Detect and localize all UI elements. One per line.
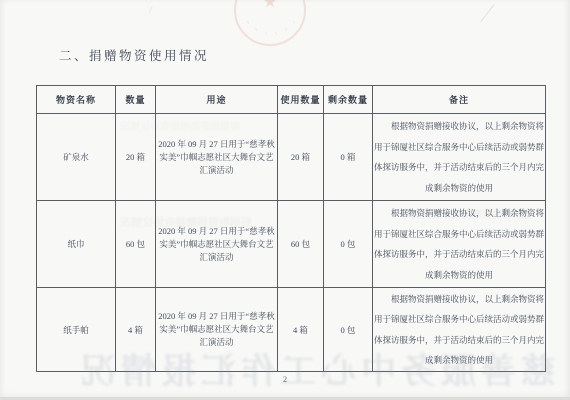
remarks-text: 根据物资捐赠接收协议，以上剩余物资将用于锦厦社区综合服务中心后续活动或弱势群体探… bbox=[374, 208, 544, 280]
header-material-name: 物资名称 bbox=[37, 86, 116, 114]
cell-remaining-quantity: 0 包 bbox=[324, 201, 373, 288]
cell-purpose: 2020 年 09 月 27 日用于“慈孝秋实美”巾帼志愿社区大舞台文艺汇演活动 bbox=[156, 114, 278, 201]
scan-streak bbox=[148, 6, 152, 14]
cell-remarks: 根据物资捐赠接收协议，以上剩余物资将用于锦厦社区综合服务中心后续活动或弱势群体探… bbox=[373, 201, 546, 288]
header-remaining-quantity: 剩余数量 bbox=[324, 86, 373, 114]
table-row: 矿泉水 20 箱 2020 年 09 月 27 日用于“慈孝秋实美”巾帼志愿社区… bbox=[37, 114, 546, 201]
header-remarks: 备注 bbox=[373, 86, 546, 114]
bleedthrough-heading: 慈善服务中心工作汇报情况 bbox=[78, 344, 556, 394]
cell-quantity: 60 包 bbox=[116, 201, 156, 288]
cell-purpose: 2020 年 09 月 27 日用于“慈孝秋实美”巾帼志愿社区大舞台文艺汇演活动 bbox=[156, 201, 278, 288]
materials-usage-table: 物资名称 数量 用途 使用数量 剩余数量 备注 矿泉水 20 箱 2020 年 … bbox=[36, 85, 546, 372]
cell-remarks: 根据物资捐赠接收协议，以上剩余物资将用于锦厦社区综合服务中心后续活动或弱势群体探… bbox=[373, 114, 546, 201]
seal-star-icon: ★ bbox=[263, 0, 277, 11]
seal-text-mark: 丶 bbox=[272, 31, 279, 38]
seal-text-mark: 丶 bbox=[290, 20, 297, 27]
seal-text-mark: 丶 bbox=[282, 27, 289, 34]
remarks-text: 根据物资捐赠接收协议，以上剩余物资将用于锦厦社区综合服务中心后续活动或弱势群体探… bbox=[374, 121, 544, 193]
table-header-row: 物资名称 数量 用途 使用数量 剩余数量 备注 bbox=[37, 86, 546, 114]
header-purpose: 用途 bbox=[156, 86, 278, 114]
section-title: 二、捐赠物资使用情况 bbox=[59, 46, 209, 64]
cell-material-name: 矿泉水 bbox=[37, 114, 116, 201]
scanned-document-page: ★ 丶 丶 丶 丶 丶 丶 二、捐赠物资使用情况 根据物资捐赠接收协议情况 根据… bbox=[0, 0, 570, 400]
seal-text-mark: 丶 bbox=[262, 31, 269, 38]
cell-remaining-quantity: 0 箱 bbox=[324, 114, 373, 201]
table-row: 纸巾 60 包 2020 年 09 月 27 日用于“慈孝秋实美”巾帼志愿社区大… bbox=[37, 201, 546, 288]
header-used-quantity: 使用数量 bbox=[278, 86, 324, 114]
cell-quantity: 20 箱 bbox=[116, 114, 156, 201]
cell-used-quantity: 20 箱 bbox=[278, 114, 324, 201]
cell-used-quantity: 60 包 bbox=[278, 201, 324, 288]
scan-streak bbox=[480, 4, 494, 22]
seal-text-mark: 丶 bbox=[244, 20, 251, 27]
red-seal-stamp-icon: ★ 丶 丶 丶 丶 丶 丶 bbox=[234, 0, 306, 46]
page-number: 2 bbox=[0, 374, 570, 384]
cell-material-name: 纸巾 bbox=[37, 201, 116, 288]
seal-text-mark: 丶 bbox=[252, 27, 259, 34]
header-quantity: 数量 bbox=[116, 86, 156, 114]
